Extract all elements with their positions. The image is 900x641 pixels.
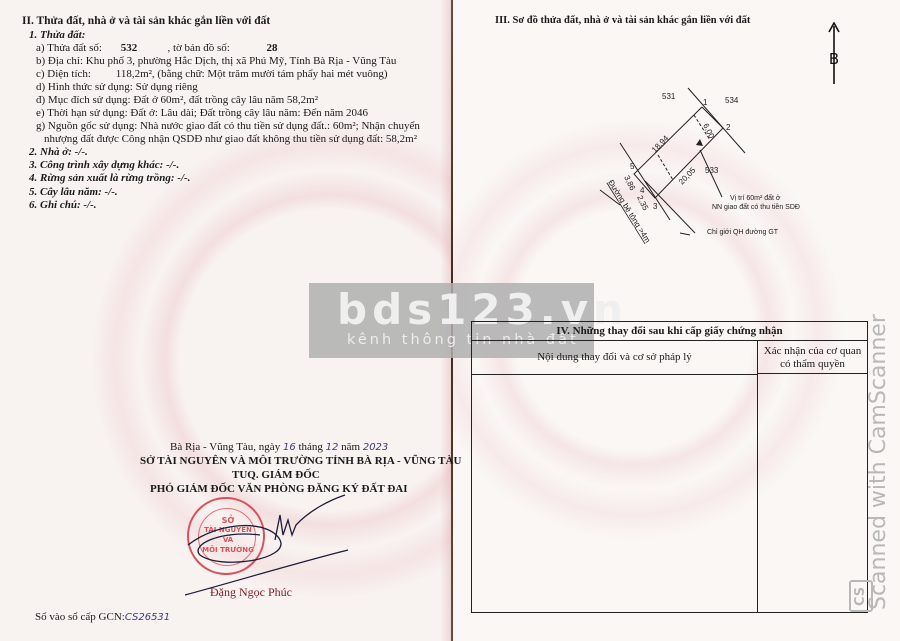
registry-number: CS26531 (125, 612, 170, 623)
parcel-label: a) Thửa đất số: (36, 42, 102, 54)
changes-table: IV. Những thay đổi sau khi cấp giấy chứn… (471, 321, 868, 613)
camscanner-text: Scanned with CamScanner (866, 314, 891, 610)
camscanner-mark: Scanned with CamScanner (846, 300, 886, 620)
neighbor-533: 533 (705, 166, 719, 175)
parcel-line: a) Thửa đất số: 532 , tờ bản đồ số: 28 (36, 42, 278, 54)
term-line: e) Thời hạn sử dụng: Đất ở: Lâu dài; Đất… (36, 107, 368, 119)
item-other-construction: 3. Công trình xây dựng khác: -/-. (29, 159, 179, 171)
date-year: 2023 (363, 442, 388, 453)
edge-3-86: 3,86 (622, 174, 637, 192)
section-ii-title: II. Thửa đất, nhà ở và tài sản khác gắn … (22, 15, 270, 27)
vertex-2: 2 (726, 123, 731, 132)
origin-line-1: g) Nguồn gốc sử dụng: Nhà nước giao đất … (36, 120, 420, 132)
item-notes: 6. Ghi chú: -/-. (29, 199, 97, 211)
edge-20-05: 20,05 (677, 165, 698, 186)
date-month: 12 (326, 442, 339, 453)
place-date-prefix: Bà Rịa - Vũng Tàu, ngày (170, 441, 280, 453)
neighbor-534: 534 (725, 96, 739, 105)
place-date: Bà Rịa - Vũng Tàu, ngày 16 tháng 12 năm … (170, 441, 388, 453)
vertex-5: 5 (630, 162, 635, 171)
residential-note-2: NN giao đất có thu tiền SDĐ (712, 202, 800, 211)
parcel-number: 532 (121, 42, 165, 54)
vertex-1: 1 (703, 98, 708, 107)
issuing-authority: SỞ TÀI NGUYÊN VÀ MÔI TRƯỜNG TỈNH BÀ RỊA … (140, 455, 461, 467)
date-day: 16 (283, 442, 296, 453)
section-iii-title: III. Sơ đồ thửa đất, nhà ở và tài sản kh… (495, 15, 750, 26)
north-label: B (829, 50, 839, 68)
year-label: năm (341, 441, 360, 453)
month-label: tháng (298, 441, 322, 453)
signer-name: Đặng Ngọc Phúc (210, 585, 292, 600)
area-label: c) Diện tích: (36, 68, 91, 80)
address-line: b) Địa chỉ: Khu phố 3, phường Hắc Dịch, … (36, 55, 396, 67)
usage-form-line: d) Hình thức sử dụng: Sử dụng riêng (36, 81, 198, 93)
changes-table-title: IV. Những thay đổi sau khi cấp giấy chứn… (472, 322, 867, 341)
north-arrow-icon: B (826, 22, 842, 84)
signature-scribble (180, 490, 350, 600)
edge-18-94: 18,94 (650, 133, 671, 154)
item-house: 2. Nhà ở: -/-. (29, 146, 88, 158)
camscanner-logo-icon: CS (849, 580, 873, 612)
map-sheet-label: , tờ bản đồ số: (167, 42, 229, 54)
item-forest: 4. Rừng sản xuất là rừng trồng: -/-. (29, 172, 190, 184)
registry-number-line: Số vào sổ cấp GCN:CS26531 (35, 611, 170, 623)
residential-note-1: Vị trí 60m² đất ở (730, 193, 781, 202)
registry-label: Số vào sổ cấp GCN: (35, 611, 125, 623)
vertex-3: 3 (653, 202, 658, 211)
column-divider (757, 374, 758, 612)
camscanner-logo-text: CS (853, 587, 868, 606)
origin-line-2: nhượng đất được Công nhận QSDĐ như giao … (44, 133, 417, 145)
item-perennial-trees: 5. Cây lâu năm: -/-. (29, 186, 118, 198)
boundary-note: Chỉ giới QH đường GT (707, 228, 779, 236)
edge-2-35: 2,35 (635, 194, 650, 212)
column-header-change-content: Nội dung thay đổi và cơ sở pháp lý (472, 341, 758, 375)
neighbor-531: 531 (662, 92, 676, 101)
area-value: 118,2m², (bằng chữ: Một trăm mười tám ph… (116, 68, 388, 80)
on-behalf-of: TUQ. GIÁM ĐỐC (232, 469, 320, 481)
map-sheet-number: 28 (267, 42, 278, 54)
purpose-line: đ) Mục đích sử dụng: Đất ở 60m², đất trồ… (36, 94, 318, 106)
land-heading: 1. Thửa đất: (29, 29, 85, 41)
parcel-diagram: 531 534 533 1 2 3 4 5 6,00 18,94 20,05 3… (590, 85, 800, 245)
area-line: c) Diện tích: 118,2m², (bằng chữ: Một tr… (36, 68, 388, 80)
